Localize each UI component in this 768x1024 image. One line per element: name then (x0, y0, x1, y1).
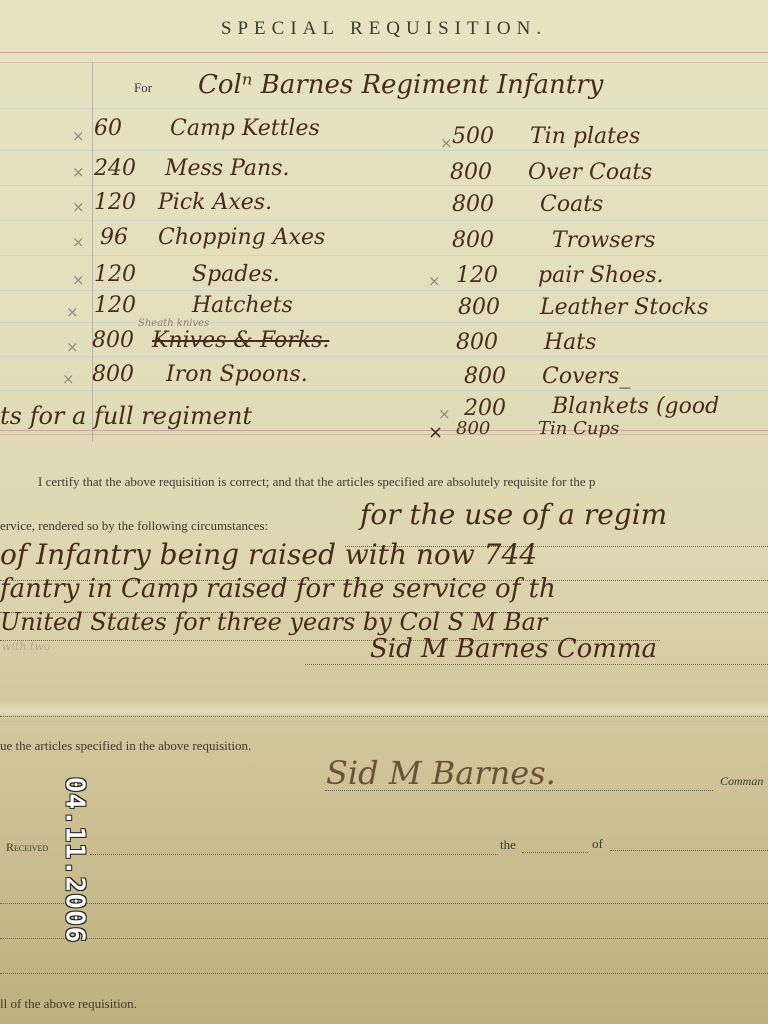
item-name: Chopping Axes (158, 225, 325, 250)
ruled-line (0, 290, 768, 291)
check-mark-icon: × (72, 127, 85, 145)
list-footer-note: ts for a full regiment (0, 402, 252, 430)
check-mark-icon: × (72, 233, 85, 251)
item-qty: 800 (458, 295, 500, 320)
check-mark-icon: × (72, 163, 85, 181)
item-qty: 120 (94, 190, 136, 215)
ruled-line (0, 150, 768, 151)
ruled-line (0, 356, 768, 357)
received-month-field[interactable] (610, 850, 768, 851)
check-mark-icon: × (72, 271, 85, 289)
commander-title: Comman (720, 774, 763, 789)
item-qty: 800 (456, 418, 490, 439)
item-qty: 60 (94, 116, 122, 141)
check-mark-icon: × (428, 422, 443, 443)
circumstances-text-2: of Infantry being raised with now 744 (0, 538, 537, 571)
header-rule (0, 52, 768, 53)
for-label: For (134, 80, 152, 96)
signature-line (325, 790, 713, 791)
item-name: Hats (544, 330, 596, 355)
item-name: pair Shoes. (538, 263, 664, 288)
item-name: Iron Spoons. (166, 362, 308, 387)
issue-text: ue the articles specified in the above r… (0, 738, 251, 754)
item-name: Hatchets (192, 293, 293, 318)
dotted-line (0, 973, 768, 974)
item-qty: 120 (94, 293, 136, 318)
item-name: Spades. (192, 262, 280, 287)
dotted-line (0, 938, 768, 939)
paper-fold (0, 700, 768, 722)
circumstances-text-1: for the use of a regim (360, 498, 667, 531)
item-qty: 240 (94, 156, 136, 181)
item-qty: 800 (452, 228, 494, 253)
list-end-rule (0, 430, 768, 431)
circumstances-text-4: United States for three years by Col S M… (0, 608, 547, 636)
item-name: Covers_ (542, 364, 630, 389)
item-name: Tin plates (530, 124, 640, 149)
item-qty: 500 (452, 124, 494, 149)
faint-note: with two (2, 640, 50, 653)
received-day-field[interactable] (522, 852, 588, 853)
item-name: Coats (540, 192, 603, 217)
the-label: the (500, 837, 516, 853)
check-mark-icon: × (440, 134, 453, 152)
item-qty: 800 (456, 330, 498, 355)
circumstances-label: ervice, rendered so by the following cir… (0, 518, 268, 534)
item-name: Mess Pans. (165, 156, 290, 181)
item-qty: 800 (464, 364, 506, 389)
camera-date-stamp: 04.11.2006 (54, 778, 94, 942)
check-mark-icon: × (66, 338, 79, 356)
check-mark-icon: × (66, 303, 79, 321)
circumstances-text-3: fantry in Camp raised for the service of… (0, 574, 556, 604)
received-label: Received (6, 840, 48, 855)
item-name: Leather Stocks (540, 295, 708, 320)
of-label: of (592, 836, 603, 852)
item-qty: 800 (450, 160, 492, 185)
ruled-line (0, 322, 768, 323)
item-qty: 800 (92, 328, 134, 353)
item-name: Tin Cups (538, 418, 619, 439)
item-name: Pick Axes. (158, 190, 272, 215)
list-end-rule-2 (0, 434, 768, 435)
for-value: Colⁿ Barnes Regiment Infantry (198, 70, 603, 100)
ruled-line (0, 255, 768, 256)
check-mark-icon: × (428, 272, 441, 290)
item-qty: 120 (456, 263, 498, 288)
commander-signature: Sid M Barnes Comma (370, 634, 657, 664)
ruled-line (0, 390, 768, 391)
date-stamp-text: 04.11.2006 (59, 777, 89, 944)
check-mark-icon: × (438, 405, 451, 423)
check-mark-icon: × (62, 370, 75, 388)
ruled-line (0, 108, 768, 109)
item-name: Over Coats (528, 160, 652, 185)
item-name: Camp Kettles (170, 116, 320, 141)
item-name: Trowsers (552, 228, 655, 253)
item-name-struck: Knives & Forks. (152, 328, 329, 353)
document-title: SPECIAL REQUISITION. (0, 18, 768, 40)
footer-text: ll of the above requisition. (0, 996, 137, 1012)
item-name: Blankets (good (552, 394, 719, 419)
dotted-line (0, 716, 768, 717)
received-name-field[interactable] (90, 854, 498, 855)
item-qty: 800 (452, 192, 494, 217)
ruled-line (0, 185, 768, 186)
dotted-line (0, 903, 768, 904)
item-qty: 800 (92, 362, 134, 387)
issuer-signature: Sid M Barnes. (326, 754, 556, 792)
check-mark-icon: × (72, 198, 85, 216)
signature-line (305, 664, 768, 665)
item-qty: 96 (100, 225, 128, 250)
header-rule-2 (0, 62, 768, 63)
item-qty: 120 (94, 262, 136, 287)
ruled-line (0, 220, 768, 221)
certification-text: I certify that the above requisition is … (38, 474, 595, 490)
